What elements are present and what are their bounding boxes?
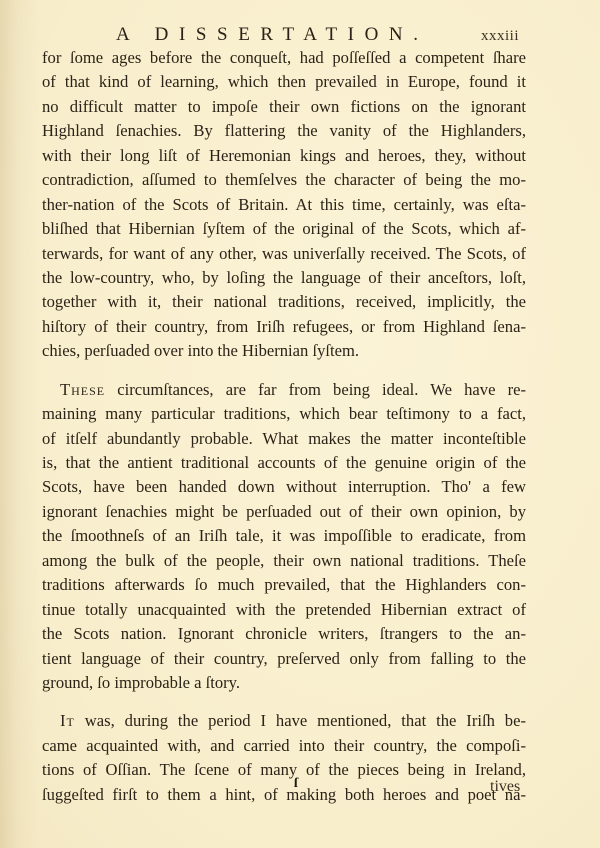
paragraph-2: These circumſtances, are far from being …: [42, 378, 526, 696]
paragraph-spacer: [42, 364, 526, 378]
catchword: tives: [490, 778, 520, 796]
text-line: for ſome ages before the conqueſt, had p…: [42, 46, 526, 70]
text-line: contradiction, aſſumed to themſelves the…: [42, 168, 526, 192]
paragraph-1: for ſome ages before the conqueſt, had p…: [42, 46, 526, 364]
paragraph-spacer: [42, 695, 526, 709]
page-number: xxxiii: [481, 28, 519, 45]
text-line: hiſtory of their country, from Iriſh ref…: [42, 315, 526, 339]
text-line-rest: was, during the period I have mentioned,…: [75, 711, 526, 730]
text-line: no difficult matter to impoſe their own …: [42, 95, 526, 119]
small-caps-lead: These: [60, 380, 105, 399]
text-line: tinue totally unacquainted with the pret…: [42, 598, 526, 622]
text-line: bliſhed that Hibernian ſyſtem of the ori…: [42, 217, 526, 241]
text-line: chies, perſuaded over into the Hibernian…: [42, 339, 526, 363]
text-line: the ſmoothneſs of an Iriſh tale, it was …: [42, 524, 526, 548]
small-caps-lead: It: [60, 711, 75, 730]
book-page: A DISSERTATION. xxxiii for ſome ages bef…: [0, 0, 600, 848]
text-line: is, that the antient traditional account…: [42, 451, 526, 475]
text-line: ground, ſo improbable a ſtory.: [42, 671, 526, 695]
text-line: Scots, have been handed down without int…: [42, 475, 526, 499]
running-title: A DISSERTATION.: [116, 24, 429, 46]
page-footer: ſ tives: [0, 776, 600, 802]
body-text: for ſome ages before the conqueſt, had p…: [42, 46, 526, 807]
text-line: came acquainted with, and carried into t…: [42, 734, 526, 758]
text-line: of itſelf abundantly probable. What make…: [42, 427, 526, 451]
text-line: the Scots nation. Ignorant chronicle wri…: [42, 622, 526, 646]
signature-mark: ſ: [294, 776, 298, 792]
text-line: together with it, their national traditi…: [42, 290, 526, 314]
text-line: ther-nation of the Scots of Britain. At …: [42, 193, 526, 217]
text-line-rest: circumſtances, are far from being ideal.…: [105, 380, 526, 399]
text-line: Highland ſenachies. By flattering the va…: [42, 119, 526, 143]
text-line: ignorant ſenachies might be perſuaded ou…: [42, 500, 526, 524]
text-line: of that kind of learning, which then pre…: [42, 70, 526, 94]
text-line: maining many particular traditions, whic…: [42, 402, 526, 426]
text-line: It was, during the period I have mention…: [42, 709, 526, 733]
text-line: with their long liſt of Heremonian kings…: [42, 144, 526, 168]
text-line: terwards, for want of any other, was uni…: [42, 242, 526, 266]
text-line: among the bulk of the people, their own …: [42, 549, 526, 573]
text-line: the low-country, who, by loſing the lang…: [42, 266, 526, 290]
text-line: traditions afterwards ſo much prevailed,…: [42, 573, 526, 597]
text-line: These circumſtances, are far from being …: [42, 378, 526, 402]
text-line: tient language of their country, preſerv…: [42, 647, 526, 671]
